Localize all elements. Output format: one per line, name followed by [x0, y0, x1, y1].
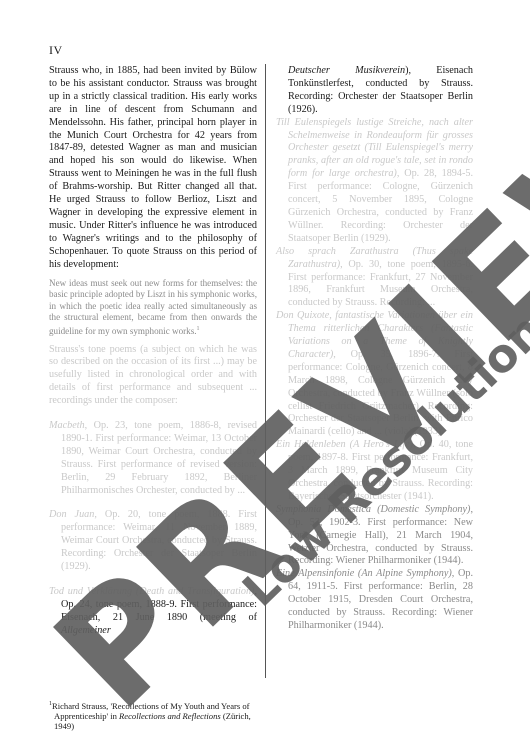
- work-entry-domestica: Symphonia Domestica (Domestic Symphony),…: [276, 504, 473, 569]
- block-quote: New ideas must seek out new forms for th…: [49, 278, 257, 338]
- work-details: , Op. 23, tone poem, 1886-8, revised 189…: [61, 420, 257, 496]
- work-entry-till-eulenspiegel: Till Eulenspiegels lustige Streiche, nac…: [276, 117, 473, 246]
- work-details-italic: Allgemeiner: [61, 625, 111, 636]
- work-entry-macbeth: Macbeth, Op. 23, tone poem, 1886-8, revi…: [49, 420, 257, 497]
- left-column: Strauss who, in 1885, had been invited b…: [49, 65, 257, 638]
- work-entry-don-quixote: Don Quixote, fantastische Variationen üb…: [276, 310, 473, 439]
- work-title: Symphonia Domestica (Domestic Symphony): [276, 504, 470, 515]
- work-entry-tod-und-verklarung: Tod und Verklärung (Death and Transfigur…: [49, 586, 257, 638]
- work-entry-alpensinfonie: Eine Alpensinfonie (An Alpine Symphony),…: [276, 568, 473, 633]
- work-title: Tod und Verklärung (Death and Transfigur…: [49, 586, 254, 597]
- continued-entry: Deutscher Musikverein), Eisenach Tonküns…: [276, 65, 473, 117]
- work-details: , Op. 35, 1896-7. First performance: Col…: [288, 349, 473, 437]
- page-number: IV: [49, 43, 63, 58]
- continued-italic: Deutscher Musikverein: [288, 65, 405, 76]
- work-details: , Op. 28, 1894-5. First performance: Col…: [288, 168, 473, 244]
- work-title: Ein Heldenleben (A Hero's Life): [276, 439, 413, 450]
- body-paragraph-2: Strauss's tone poems (a subject on which…: [49, 344, 257, 409]
- work-entry-heldenleben: Ein Heldenleben (A Hero's Life), Op. 40,…: [276, 439, 473, 504]
- right-column: Deutscher Musikverein), Eisenach Tonküns…: [276, 65, 473, 633]
- footnote-ref: 1: [197, 326, 200, 332]
- work-entry-don-juan: Don Juan, Op. 20, tone poem, 1888. First…: [49, 509, 257, 574]
- work-title: Macbeth: [49, 420, 85, 431]
- work-entry-zarathustra: Also sprach Zarathustra (Thus spake Zara…: [276, 246, 473, 311]
- column-divider: [265, 64, 266, 678]
- body-paragraph-1: Strauss who, in 1885, had been invited b…: [49, 65, 257, 272]
- quote-text: New ideas must seek out new forms for th…: [49, 278, 257, 336]
- work-title: Don Juan: [49, 509, 94, 520]
- footnote: 1Richard Strauss, 'Recollections of My Y…: [49, 699, 262, 732]
- footnote-book-title: Recollections and Reflections: [119, 711, 221, 721]
- work-title: Eine Alpensinfonie (An Alpine Symphony): [276, 568, 452, 579]
